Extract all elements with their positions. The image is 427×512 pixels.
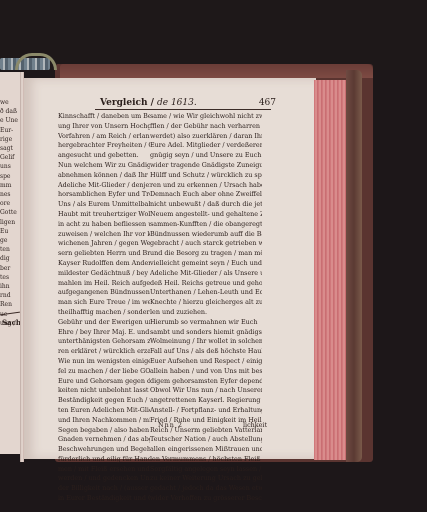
- text-line: allen eingerissenen Mißtrauen und ih-: [150, 445, 262, 455]
- text-line: wichenen Jahren / gegen Weyland Un-: [58, 239, 150, 249]
- cover-board-edge: [346, 70, 362, 462]
- text-line: der Billigkeit nach / (ausser Zeit Ihr: [58, 484, 150, 494]
- running-head-year: de 1613.: [157, 98, 197, 108]
- text-line: len und zuziehen.: [150, 308, 262, 318]
- running-head-title: Vergleich /: [100, 98, 154, 108]
- text-line: Vorfahren / am Reich / erlangt- und: [58, 132, 150, 142]
- catchword: lichkeit: [243, 421, 267, 429]
- text-fragment: Gotte: [0, 208, 18, 217]
- text-fragment: nes: [0, 190, 18, 199]
- text-line: gebracht / auch starck getrieben werden …: [150, 239, 262, 249]
- text-line: men / mit Fleiß ersehen und erwogen: [58, 465, 150, 475]
- text-fragment: rnd: [0, 291, 18, 300]
- text-line: gedacht / jedoch da das Wesen etwa: [150, 484, 262, 494]
- text-line: fflen / der Gebühr nach verharren: [150, 122, 262, 132]
- text-line: Sorgfältig angelegen seyn lassen / und: [150, 465, 262, 475]
- text-line: fel zu machen / der liebe GOtt / der die: [58, 367, 150, 377]
- text-line: Teutscher Nation / auch Abstellung: [150, 435, 262, 445]
- text-line: ren und zu erkennen / Ursach haben solle…: [150, 181, 262, 191]
- text-line: Wolmeinung / Ihr wollet in solchem: [150, 337, 262, 347]
- text-line: mildester Gedächtnuß / bey denen da-: [58, 269, 150, 279]
- text-line: angesucht und gebetten.: [58, 151, 150, 161]
- text-line: Beständigkeit gegen Euch / vorgemeld-: [58, 396, 150, 406]
- text-line: allein haben / und von Uns mit bestän-: [150, 367, 262, 377]
- text-fragment: rige: [0, 135, 18, 144]
- text-line: fürderlich und eilig für Handen genom-: [58, 455, 150, 465]
- text-line: Eure und Gehorsam gegen den Obrig-: [58, 377, 150, 387]
- text-line: Haubt mit treuhertziger Wolmeinung: [58, 210, 150, 220]
- text-fragment: ligen: [0, 218, 18, 227]
- text-line: werden / und gedencken Uns darüber: [58, 474, 150, 484]
- text-fragment: we: [0, 98, 18, 107]
- text-line: ren erkläret / würcklich erzaiget habe.: [58, 347, 150, 357]
- text-fragment: ore: [0, 199, 18, 208]
- text-line: man sich Eure Treue / im wenigsten: [58, 298, 150, 308]
- text-line: abnehmen können / daß Ihr und Eure: [58, 171, 150, 181]
- text-line: len Vermummens / höchsten Fleiß und: [150, 455, 262, 465]
- text-line: Kinnschafft / daneben um Bestättig-: [58, 112, 150, 122]
- text-line: Hülff und Schutz / würcklich zu spüh-: [150, 171, 262, 181]
- signature-mark: Nnn 2: [158, 421, 183, 429]
- text-line: sambt und sonders hiemit gnädigster: [150, 328, 262, 338]
- text-line: Kayser Rudolffen dem Andern / Christ-: [58, 259, 150, 269]
- text-fragment: tes: [0, 273, 18, 282]
- text-fragment: dig: [0, 254, 18, 263]
- text-line: sammen-Kunfften / die obangeregt vorige: [150, 220, 262, 230]
- text-line: ung Ihrer von Unsern Hochgeehrten: [58, 122, 150, 132]
- text-line: Nun welchem Wir zu Gnädigstem: [58, 161, 150, 171]
- text-line: Beschwehrungen und Begehren: [58, 445, 150, 455]
- text-line: Adeliche Mit-Glieder / als Unsere und: [150, 269, 262, 279]
- page-number: 467: [259, 98, 276, 108]
- text-line: zu keiner Weiterung Ursach zu geben: [150, 474, 262, 484]
- text-line: keiten nicht unbelohnt lasst / werde Eur…: [58, 386, 150, 396]
- text-line: in Eurer Beständigkeit und Gehor-: [58, 494, 150, 504]
- text-line: hergebrachter Freyheiten / Gehorsamst: [58, 141, 150, 151]
- text-line: Eure Adel. Mitglieder / verdeßerenmich b…: [150, 141, 262, 151]
- text-fragment: uns: [0, 162, 18, 171]
- dark-background: [0, 0, 427, 70]
- text-fragment: sagt: [0, 144, 18, 153]
- text-fragment: Eu: [0, 227, 18, 236]
- book-top-edge: [60, 64, 373, 78]
- text-line: angetrettenen Kayserl. Regierung / die: [150, 396, 262, 406]
- text-line: Hierumb so vermahnen wir Euch: [150, 318, 262, 328]
- text-line: digem gehorsamsten Eyfer dependiren.: [150, 377, 262, 387]
- running-head: Vergleich / de 1613. 467: [95, 98, 270, 110]
- text-column-right: same / wie Wir gleichwohl nicht zwei-ffl…: [150, 112, 262, 504]
- text-line: und Ihren Nachkommen / mit reichem: [58, 416, 150, 426]
- left-page-text: weð daße UneEur-rigesagtGelifunsspemmnes…: [0, 98, 18, 458]
- text-line: Knechte / hierzu gleicherges alt zu beha…: [150, 298, 262, 308]
- text-line: horsamblichen Eyfer und Treue / gegen: [58, 190, 150, 200]
- text-line: same / wie Wir gleichwohl nicht zwei-: [150, 112, 262, 122]
- text-line: Adeliche Mit-Glieder / denjenigen ge-: [58, 181, 150, 191]
- text-line: wider Verhoffen zu grösserer Beschwer-: [150, 494, 262, 504]
- text-fragment: Gelif: [0, 153, 18, 162]
- text-line: Unterthanen / Lehen-Leuth und Edle: [150, 288, 262, 298]
- text-line: Demnach Euch aber ohne Zweiffel: [150, 190, 262, 200]
- text-fragment: ihn: [0, 282, 18, 291]
- text-line: Gnaden vernehmen / das abgemeldte Eure: [58, 435, 150, 445]
- text-line: theilhafftig machen / sonder zu Eurem: [58, 308, 150, 318]
- text-column-left: Kinnschafft / daneben um Bestättig-ung I…: [58, 112, 150, 504]
- text-fragment: mm: [0, 181, 18, 190]
- text-fragment: ge: [0, 236, 18, 245]
- text-line: Fall auf Uns / als deß höchste Haubt /: [150, 347, 262, 357]
- text-line: werdet) also zuerklären / daran Ihr und: [150, 132, 262, 142]
- text-line: vielleicht gemeint seyn / Euch und Euere: [150, 259, 262, 269]
- text-line: zuweisen / welchen Ihr vor kurtz ver-: [58, 230, 150, 240]
- text-fragment: e Une: [0, 116, 18, 125]
- text-line: unterthänigsten Gehorsam zu verhar-: [58, 337, 150, 347]
- text-line: Bündnussen wiederumb auff die Bahn: [150, 230, 262, 240]
- text-fragment: Eur-: [0, 126, 18, 135]
- header-rule: [95, 109, 271, 110]
- text-line: und die Besorg zu tragen / man möchte: [150, 249, 262, 259]
- text-line: in acht zu haben befliessen und auf-: [58, 220, 150, 230]
- text-line: Wie nun im wenigsten einiger Zwei-: [58, 357, 150, 367]
- text-line: Anstell- / Fortpflanz- und Erhaltung: [150, 406, 262, 416]
- text-line: nicht unbewußt / daß durch die jetzo von: [150, 200, 262, 210]
- text-line: Euer Aufsehen und Respect / einig und: [150, 357, 262, 367]
- text-line: mahlen im Heil. Reich aufgerichtet und: [58, 279, 150, 289]
- text-fragment: spe: [0, 172, 18, 181]
- text-line: Gebühr und der Ewerigen unsterblichen: [58, 318, 150, 328]
- text-line: wider tragende Gnädigste Zuneigung /: [150, 161, 262, 171]
- text-line: Neuem angestellt- und gehaltene Zu-: [150, 210, 262, 220]
- text-fragment: ð daß: [0, 107, 18, 116]
- text-line: sern geliebten Herrn und Bruder /: [58, 249, 150, 259]
- text-line: aufgegangenen Bündnussen / denen: [58, 288, 150, 298]
- text-line: ten Euren Adelichen Mit-Gliedern /: [58, 406, 150, 416]
- text-line: Segen begaben / also haben Wir mit: [58, 426, 150, 436]
- text-line: Obwol Wir Uns nun / nach Unserer: [150, 386, 262, 396]
- text-fragment: Ren: [0, 300, 18, 309]
- text-fragment: ten: [0, 245, 18, 254]
- text-fragment: ber: [0, 264, 18, 273]
- text-line: gnügig seyn / und Unsere zu Euch hin-: [150, 151, 262, 161]
- text-line: deß Heil. Reichs getreue und gehorsame: [150, 279, 262, 289]
- text-line: Ehre / bey Ihrer Maj. E. und Ldd. im: [58, 328, 150, 338]
- red-page-edges: [314, 80, 346, 460]
- text-line: Uns / als Eurem Unmittelbahren Ober-: [58, 200, 150, 210]
